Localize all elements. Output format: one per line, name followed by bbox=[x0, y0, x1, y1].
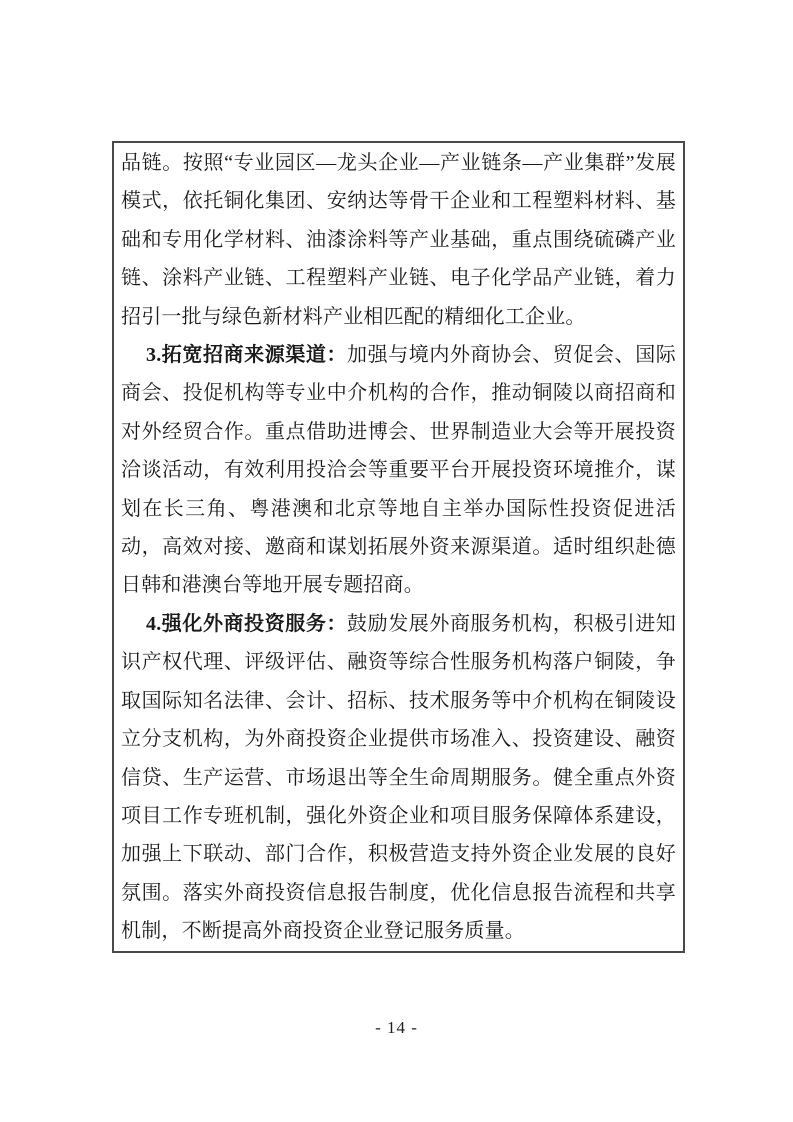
paragraph-text: 品链。按照“专业园区—龙头企业—产业链条—产业集群”发展模式，依托铜化集团、安纳… bbox=[121, 152, 676, 328]
paragraph-text: 鼓励发展外商服务机构，积极引进知识产权代理、评级评估、融资等综合性服务机构落户铜… bbox=[121, 613, 676, 942]
paragraph: 4.强化外商投资服务：鼓励发展外商服务机构，积极引进知识产权代理、评级评估、融资… bbox=[121, 605, 676, 951]
paragraph-lead: 4.强化外商投资服务： bbox=[146, 613, 347, 635]
content-border-box: 品链。按照“专业园区—龙头企业—产业链条—产业集群”发展模式，依托铜化集团、安纳… bbox=[112, 141, 685, 953]
paragraph: 品链。按照“专业园区—龙头企业—产业链条—产业集群”发展模式，依托铜化集团、安纳… bbox=[121, 144, 676, 336]
paragraph: 3.拓宽招商来源渠道：加强与境内外商协会、贸促会、国际商会、投促机构等专业中介机… bbox=[121, 336, 676, 605]
paragraph-text: 加强与境内外商协会、贸促会、国际商会、投促机构等专业中介机构的合作，推动铜陵以商… bbox=[121, 344, 676, 596]
paragraph-lead: 3.拓宽招商来源渠道： bbox=[146, 344, 347, 366]
page-number: - 14 - bbox=[0, 1018, 793, 1038]
document-page: 品链。按照“专业园区—龙头企业—产业链条—产业集群”发展模式，依托铜化集团、安纳… bbox=[0, 0, 793, 1122]
